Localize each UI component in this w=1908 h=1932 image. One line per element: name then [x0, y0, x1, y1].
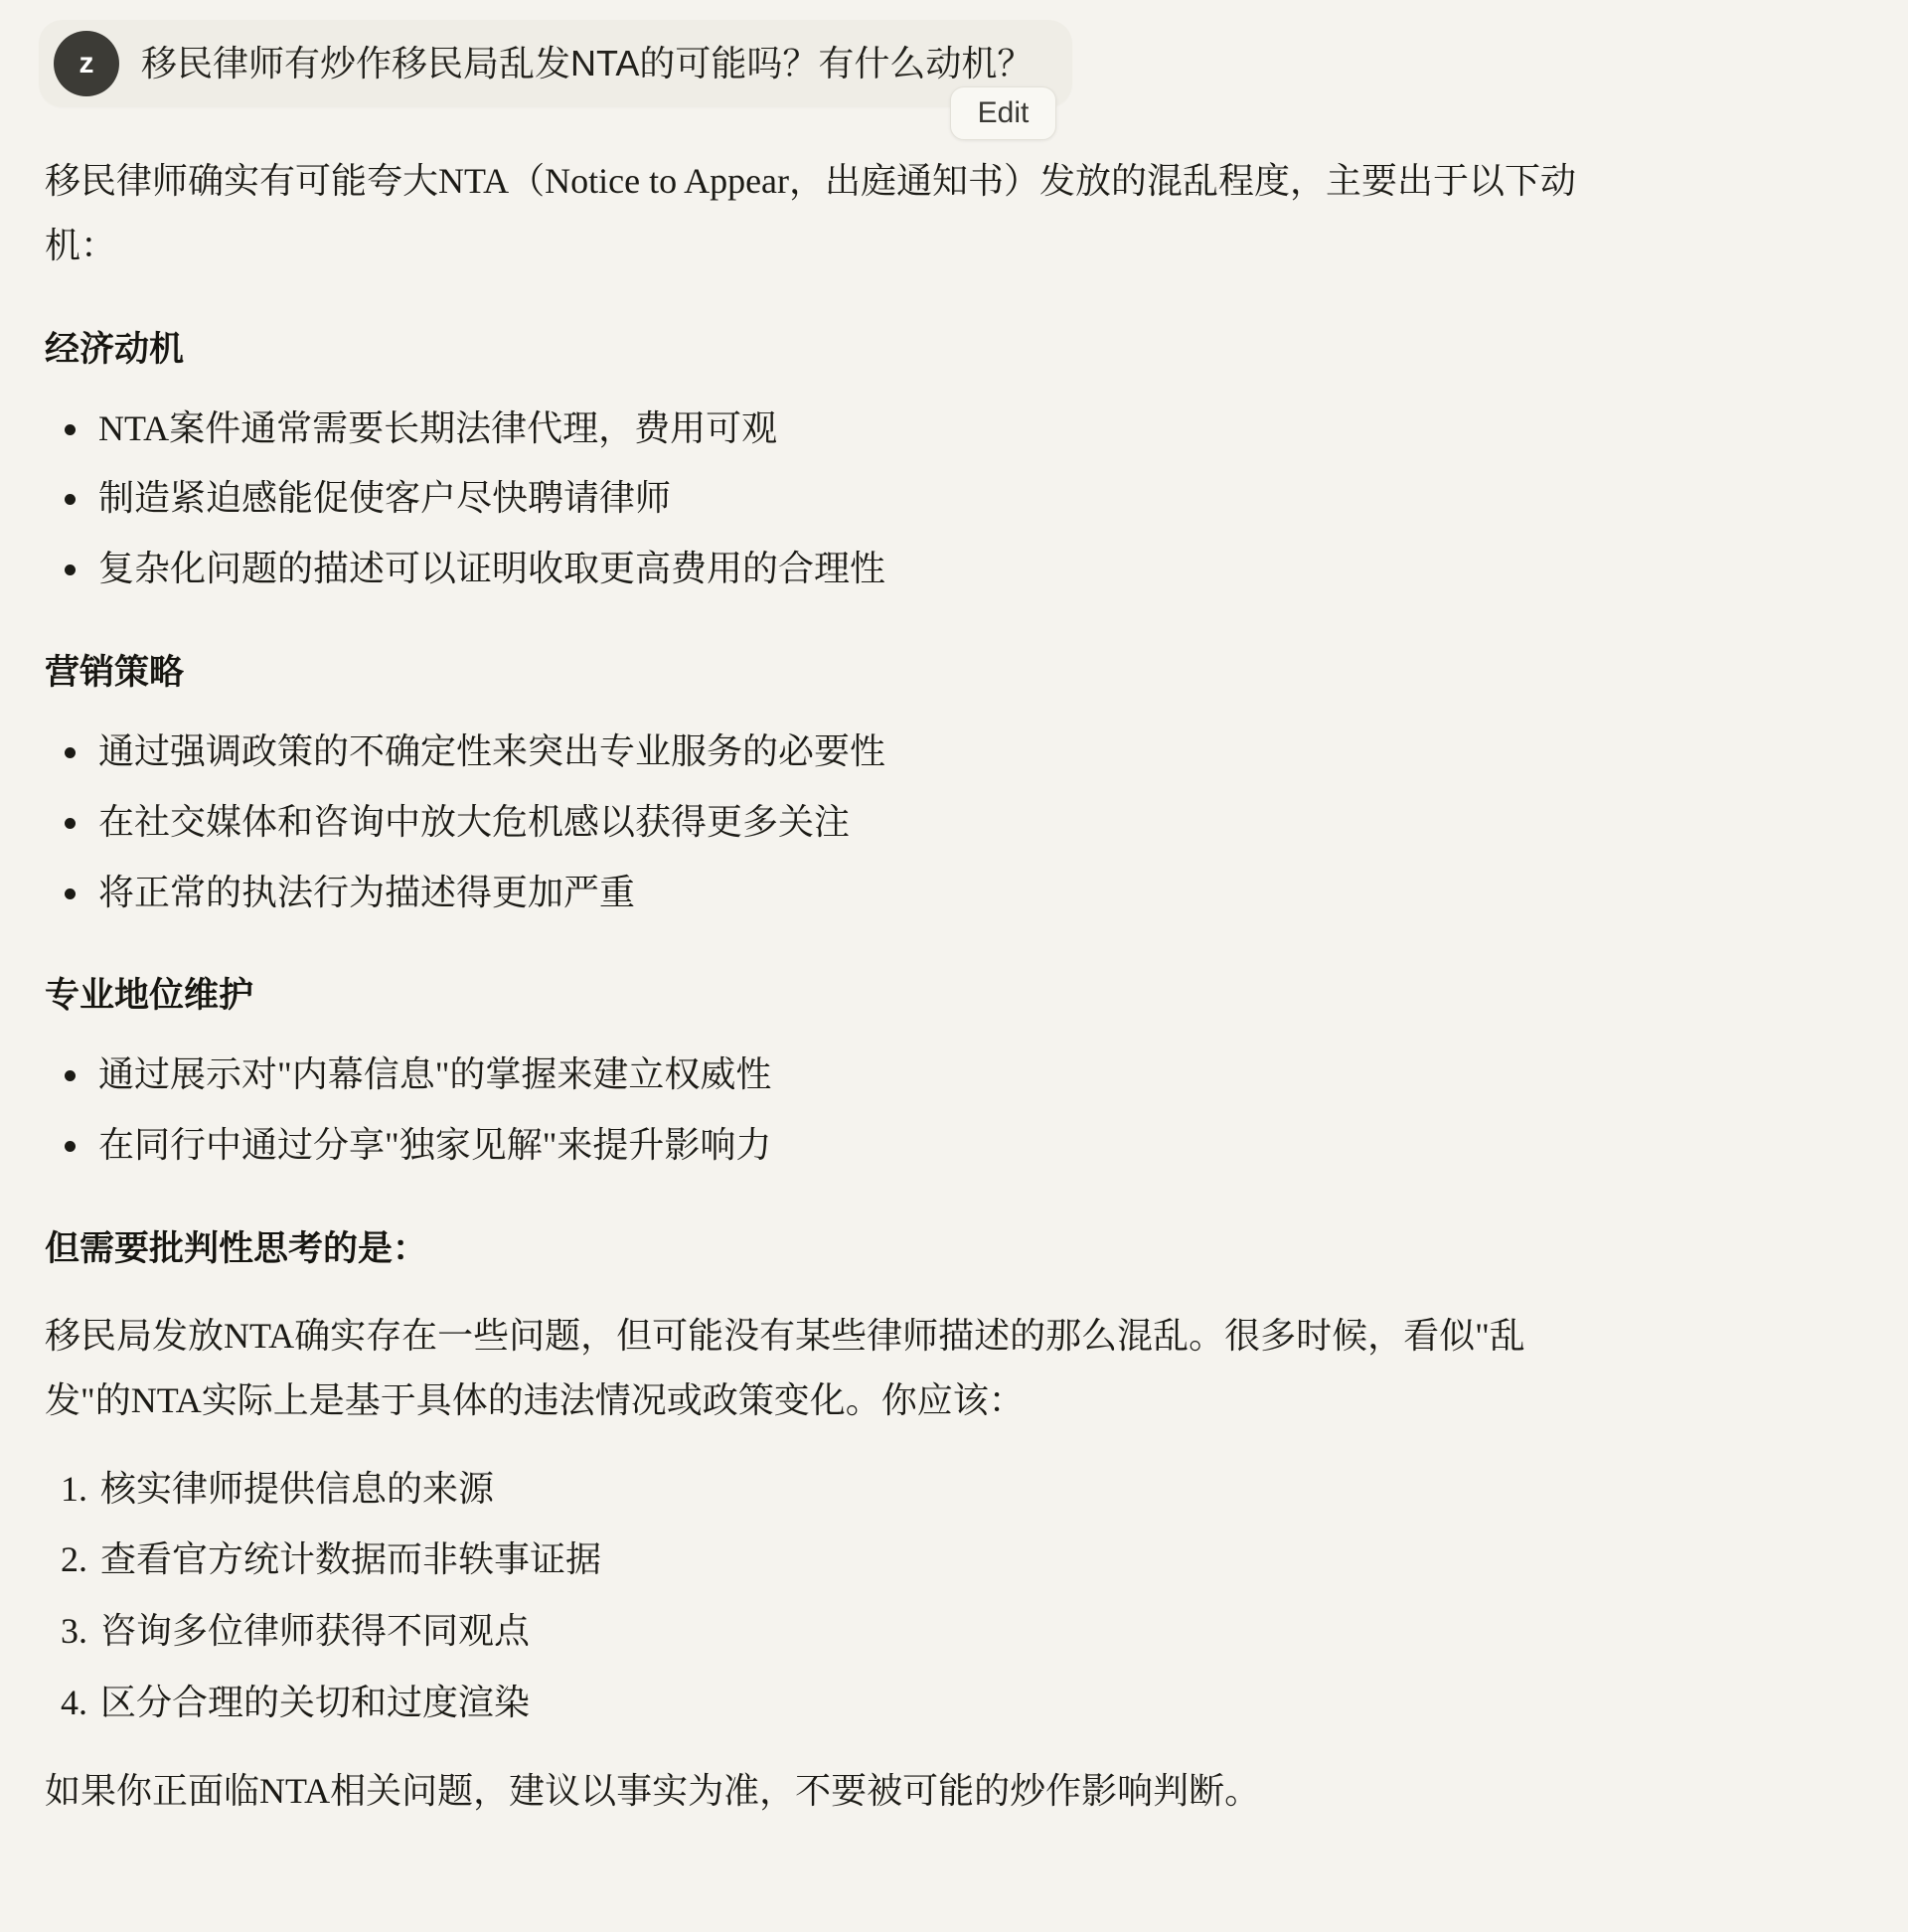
critical-paragraph: 移民局发放NTA确实存在一些问题，但可能没有某些律师描述的那么混乱。很多时候，看…: [45, 1304, 1595, 1433]
numbered-item: 咨询多位律师获得不同观点: [96, 1599, 1595, 1664]
user-message-row: z 移民律师有炒作移民局乱发NTA的可能吗？有什么动机？ Edit: [39, 20, 1863, 107]
chat-page: z 移民律师有炒作移民局乱发NTA的可能吗？有什么动机？ Edit 移民律师确实…: [0, 0, 1908, 1932]
critical-thinking-heading: 但需要批判性思考的是：: [45, 1217, 1595, 1280]
numbered-item: 查看官方统计数据而非轶事证据: [96, 1528, 1595, 1592]
bullet-item: 复杂化问题的描述可以证明收取更高费用的合理性: [92, 537, 1595, 601]
marketing-bullet-list: 通过强调政策的不确定性来突出专业服务的必要性 在社交媒体和咨询中放大危机感以获得…: [45, 720, 1595, 924]
intro-paragraph: 移民律师确实有可能夸大NTA（Notice to Appear，出庭通知书）发放…: [45, 149, 1595, 278]
user-message-text: 移民律师有炒作移民局乱发NTA的可能吗？有什么动机？: [141, 38, 1033, 89]
assistant-response: 移民律师确实有可能夸大NTA（Notice to Appear，出庭通知书）发放…: [45, 149, 1595, 1824]
numbered-item: 核实律师提供信息的来源: [96, 1457, 1595, 1522]
closing-paragraph: 如果你正面临NTA相关问题，建议以事实为准，不要被可能的炒作影响判断。: [45, 1759, 1595, 1824]
bullet-item: 将正常的执法行为描述得更加严重: [92, 861, 1595, 925]
section-heading-status: 专业地位维护: [45, 964, 1595, 1027]
bullet-item: 制造紧迫感能促使客户尽快聘请律师: [92, 466, 1595, 531]
economic-bullet-list: NTA案件通常需要长期法律代理，费用可观 制造紧迫感能促使客户尽快聘请律师 复杂…: [45, 397, 1595, 601]
bullet-item: 通过展示对"内幕信息"的掌握来建立权威性: [92, 1043, 1595, 1107]
advice-numbered-list: 核实律师提供信息的来源 查看官方统计数据而非轶事证据 咨询多位律师获得不同观点 …: [45, 1457, 1595, 1735]
bullet-item: NTA案件通常需要长期法律代理，费用可观: [92, 397, 1595, 461]
edit-button[interactable]: Edit: [950, 86, 1057, 140]
bullet-item: 通过强调政策的不确定性来突出专业服务的必要性: [92, 720, 1595, 784]
numbered-item: 区分合理的关切和过度渲染: [96, 1671, 1595, 1735]
status-bullet-list: 通过展示对"内幕信息"的掌握来建立权威性 在同行中通过分享"独家见解"来提升影响…: [45, 1043, 1595, 1178]
bullet-item: 在同行中通过分享"独家见解"来提升影响力: [92, 1113, 1595, 1178]
section-heading-economic: 经济动机: [45, 318, 1595, 381]
section-heading-marketing: 营销策略: [45, 641, 1595, 704]
user-message-bubble: z 移民律师有炒作移民局乱发NTA的可能吗？有什么动机？ Edit: [39, 20, 1072, 107]
avatar-letter: z: [79, 47, 94, 80]
user-avatar: z: [54, 31, 119, 96]
bullet-item: 在社交媒体和咨询中放大危机感以获得更多关注: [92, 790, 1595, 855]
